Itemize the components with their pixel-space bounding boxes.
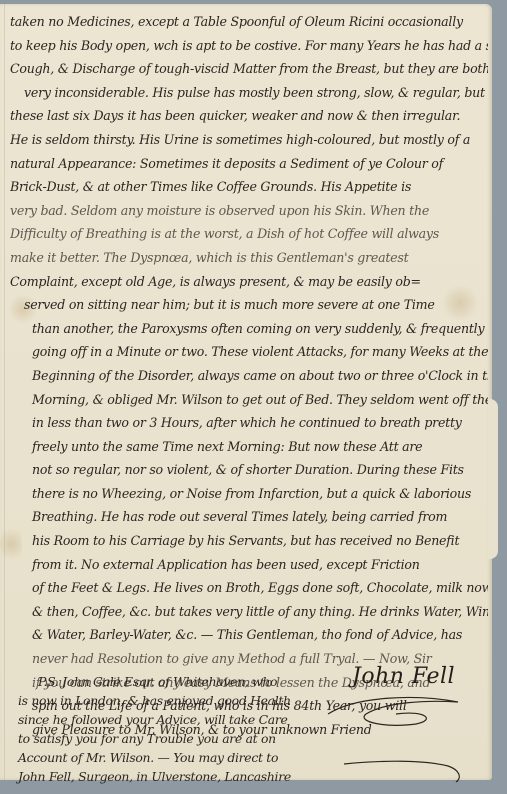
postscript-line: P.S. John Gale Esqr. of Whitehaven, who xyxy=(18,672,348,691)
body-line: freely unto the same Time next Morning: … xyxy=(10,435,488,459)
body-line: taken no Medicines, except a Table Spoon… xyxy=(10,10,488,34)
page-margin-rule xyxy=(4,4,5,780)
address-flourish-icon xyxy=(344,760,464,784)
body-line: very bad. Seldom any moisture is observe… xyxy=(10,199,488,223)
body-line: his Room to his Carriage by his Servants… xyxy=(10,529,488,553)
body-line: Beginning of the Disorder, always came o… xyxy=(10,364,488,388)
body-line: Cough, & Discharge of tough-viscid Matte… xyxy=(10,57,488,81)
postscript-line: to satisfy you for any Trouble you are a… xyxy=(18,729,348,748)
postscript-line: John Fell, Surgeon, in Ulverstone, Lanca… xyxy=(18,767,348,786)
body-line: not so regular, nor so violent, & of sho… xyxy=(10,458,488,482)
body-line: make it better. The Dyspnœa, which is th… xyxy=(10,246,488,270)
body-line: Complaint, except old Age, is always pre… xyxy=(10,270,488,294)
body-line: Difficulty of Breathing is at the worst,… xyxy=(10,222,488,246)
body-line: in less than two or 3 Hours, after which… xyxy=(10,411,488,435)
postscript: P.S. John Gale Esqr. of Whitehaven, who … xyxy=(18,672,348,786)
postscript-line: Account of Mr. Wilson. — You may direct … xyxy=(18,748,348,767)
body-line: from it. No external Application has bee… xyxy=(10,553,488,577)
body-line: of the Feet & Legs. He lives on Broth, E… xyxy=(10,576,488,600)
body-line: going off in a Minute or two. These viol… xyxy=(10,340,488,364)
body-line: natural Appearance: Sometimes it deposit… xyxy=(10,152,488,176)
body-line: Brick-Dust, & at other Times like Coffee… xyxy=(10,175,488,199)
body-line: Breathing. He has rode out several Times… xyxy=(10,505,488,529)
document-scan: taken no Medicines, except a Table Spoon… xyxy=(0,0,507,794)
body-line: He is seldom thirsty. His Urine is somet… xyxy=(10,128,488,152)
body-line: very inconsiderable. His pulse has mostl… xyxy=(10,81,488,105)
body-line: these last six Days it has been quicker,… xyxy=(10,104,488,128)
body-line: there is no Wheezing, or Noise from Infa… xyxy=(10,482,488,506)
postscript-line: is now in London, & has enjoyed good Hea… xyxy=(18,691,348,710)
body-line: & Water, Barley-Water, &c. — This Gentle… xyxy=(10,623,488,647)
signature: John Fell xyxy=(352,664,455,689)
body-line: Morning, & obliged Mr. Wilson to get out… xyxy=(10,388,488,412)
body-line: to keep his Body open, wch is apt to be … xyxy=(10,34,488,58)
body-line: than another, the Paroxysms often coming… xyxy=(10,317,488,341)
postscript-line: since he followed your Advice, will take… xyxy=(18,710,348,729)
letter-page: taken no Medicines, except a Table Spoon… xyxy=(0,4,492,780)
body-line: served on sitting near him; but it is mu… xyxy=(10,293,488,317)
body-line: & then, Coffee, &c. but takes very littl… xyxy=(10,600,488,624)
letter-body: taken no Medicines, except a Table Spoon… xyxy=(10,10,488,741)
